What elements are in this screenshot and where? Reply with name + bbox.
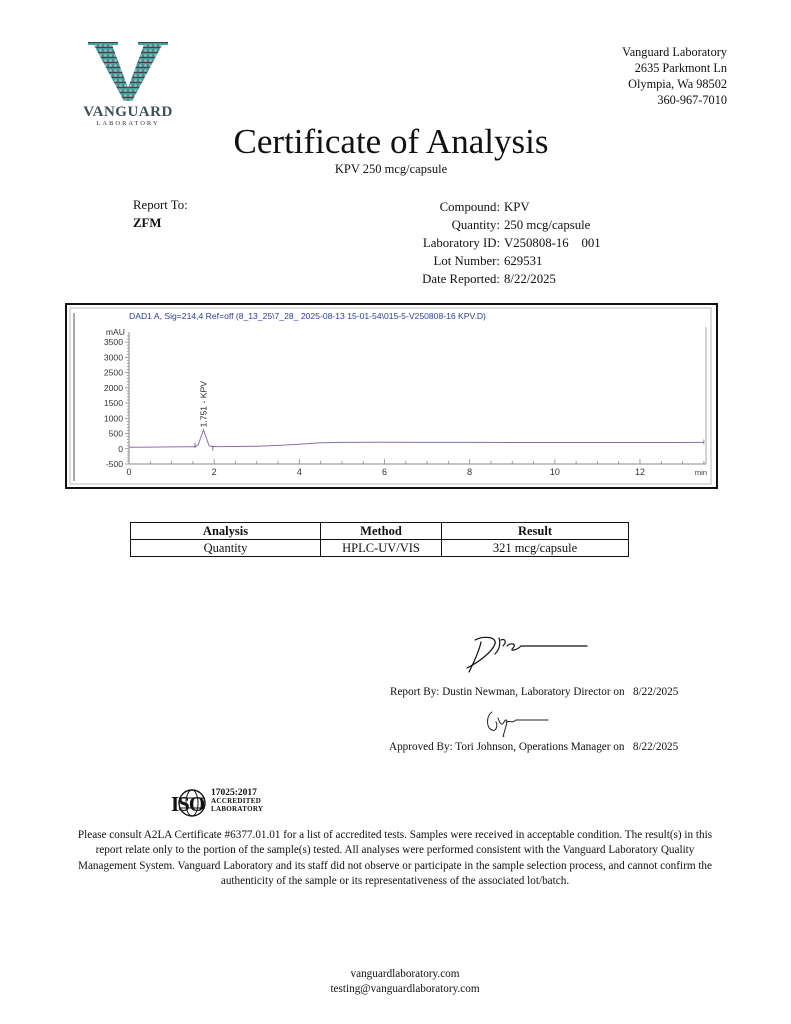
chromatogram: DAD1 A, Sig=214,4 Ref=off (8_13_25\7_28_… [65,303,718,489]
iso-logo-text: ISO [171,792,204,817]
manager-signature [482,706,562,740]
svg-text:2: 2 [212,467,217,477]
report-to-client: ZFM [133,216,161,231]
svg-text:12: 12 [635,467,645,477]
lab-city: Olympia, Wa 98502 [622,76,727,92]
iso-line-accredited: ACCREDITED [211,797,263,805]
svg-text:0: 0 [118,444,123,454]
info-label: Date Reported: [380,270,500,288]
iso-accreditation-badge: ISO 17025:2017 ACCREDITED LABORATORY [171,787,271,817]
info-value: 250 mcg/capsule [500,216,590,234]
svg-text:500: 500 [109,429,124,439]
info-label: Compound: [380,198,500,216]
info-row-quantity: Quantity: 250 mcg/capsule [380,216,601,234]
svg-text:0: 0 [126,467,131,477]
info-value: KPV [500,198,530,216]
page-subtitle: KPV 250 mcg/capsule [0,162,782,177]
lab-street: 2635 Parkmont Ln [622,60,727,76]
svg-text:4: 4 [297,467,302,477]
svg-text:1500: 1500 [104,398,123,408]
svg-text:1000: 1000 [104,413,123,423]
svg-text:10: 10 [550,467,560,477]
chromatogram-plot: DAD1 A, Sig=214,4 Ref=off (8_13_25\7_28_… [67,305,716,487]
table-row: Quantity HPLC-UV/VIS 321 mcg/capsule [131,540,629,557]
info-row-date-reported: Date Reported: 8/22/2025 [380,270,601,288]
iso-line-laboratory: LABORATORY [211,805,263,813]
v-mosaic-logo-icon [78,38,178,104]
lab-address: Vanguard Laboratory 2635 Parkmont Ln Oly… [622,44,727,108]
lab-name: Vanguard Laboratory [622,44,727,60]
svg-text:2500: 2500 [104,368,123,378]
info-value: 629531 [500,252,542,270]
header-result: Result [442,523,629,540]
chromatogram-trace [129,430,704,447]
info-label: Lot Number: [380,252,500,270]
info-label: Laboratory ID: [380,234,500,252]
info-row-lot-number: Lot Number: 629531 [380,252,601,270]
svg-text:-500: -500 [106,459,123,469]
svg-text:6: 6 [382,467,387,477]
info-label: Quantity: [380,216,500,234]
iso-badge-text: 17025:2017 ACCREDITED LABORATORY [211,789,263,813]
report-by-line: Report By: Dustin Newman, Laboratory Dir… [390,686,678,698]
svg-text:8: 8 [467,467,472,477]
chromatogram-title: DAD1 A, Sig=214,4 Ref=off (8_13_25\7_28_… [129,311,486,321]
page-title: Certificate of Analysis [0,122,782,162]
approved-by-line: Approved By: Tori Johnson, Operations Ma… [389,741,678,753]
footer-website-link[interactable]: vanguardlaboratory.com [0,967,791,982]
info-value: 8/22/2025 [500,270,556,288]
header-method: Method [321,523,442,540]
info-row-compound: Compound: KPV [380,198,601,216]
sample-info: Compound: KPV Quantity: 250 mcg/capsule … [380,198,601,288]
svg-text:2000: 2000 [104,383,123,393]
report-to-label: Report To: [133,198,188,213]
results-table: Analysis Method Result Quantity HPLC-UV/… [130,522,629,557]
info-row-laboratory-id: Laboratory ID: V250808-16 001 [380,234,601,252]
header-analysis: Analysis [131,523,321,540]
info-value: V250808-16 001 [500,234,601,252]
director-signature [455,632,595,676]
disclaimer-text: Please consult A2LA Certificate #6377.01… [70,828,720,889]
cell-method: HPLC-UV/VIS [321,540,442,557]
cell-result: 321 mcg/capsule [442,540,629,557]
y-axis-label: mAU [106,327,125,337]
peak-label: 1.751 - KPV [199,381,209,428]
lab-phone: 360-967-7010 [622,92,727,108]
footer-email-link[interactable]: testing@vanguardlaboratory.com [0,982,791,997]
logo-wordmark: VANGUARD [78,104,178,121]
svg-text:3500: 3500 [104,337,123,347]
vanguard-logo: VANGUARD LABORATORY [78,38,178,130]
footer: vanguardlaboratory.com testing@vanguardl… [0,967,791,997]
results-header-row: Analysis Method Result [131,523,629,540]
iso-standard: 17025:2017 [211,789,263,797]
cell-analysis: Quantity [131,540,321,557]
x-axis-label: min [695,468,707,477]
svg-text:3000: 3000 [104,352,123,362]
